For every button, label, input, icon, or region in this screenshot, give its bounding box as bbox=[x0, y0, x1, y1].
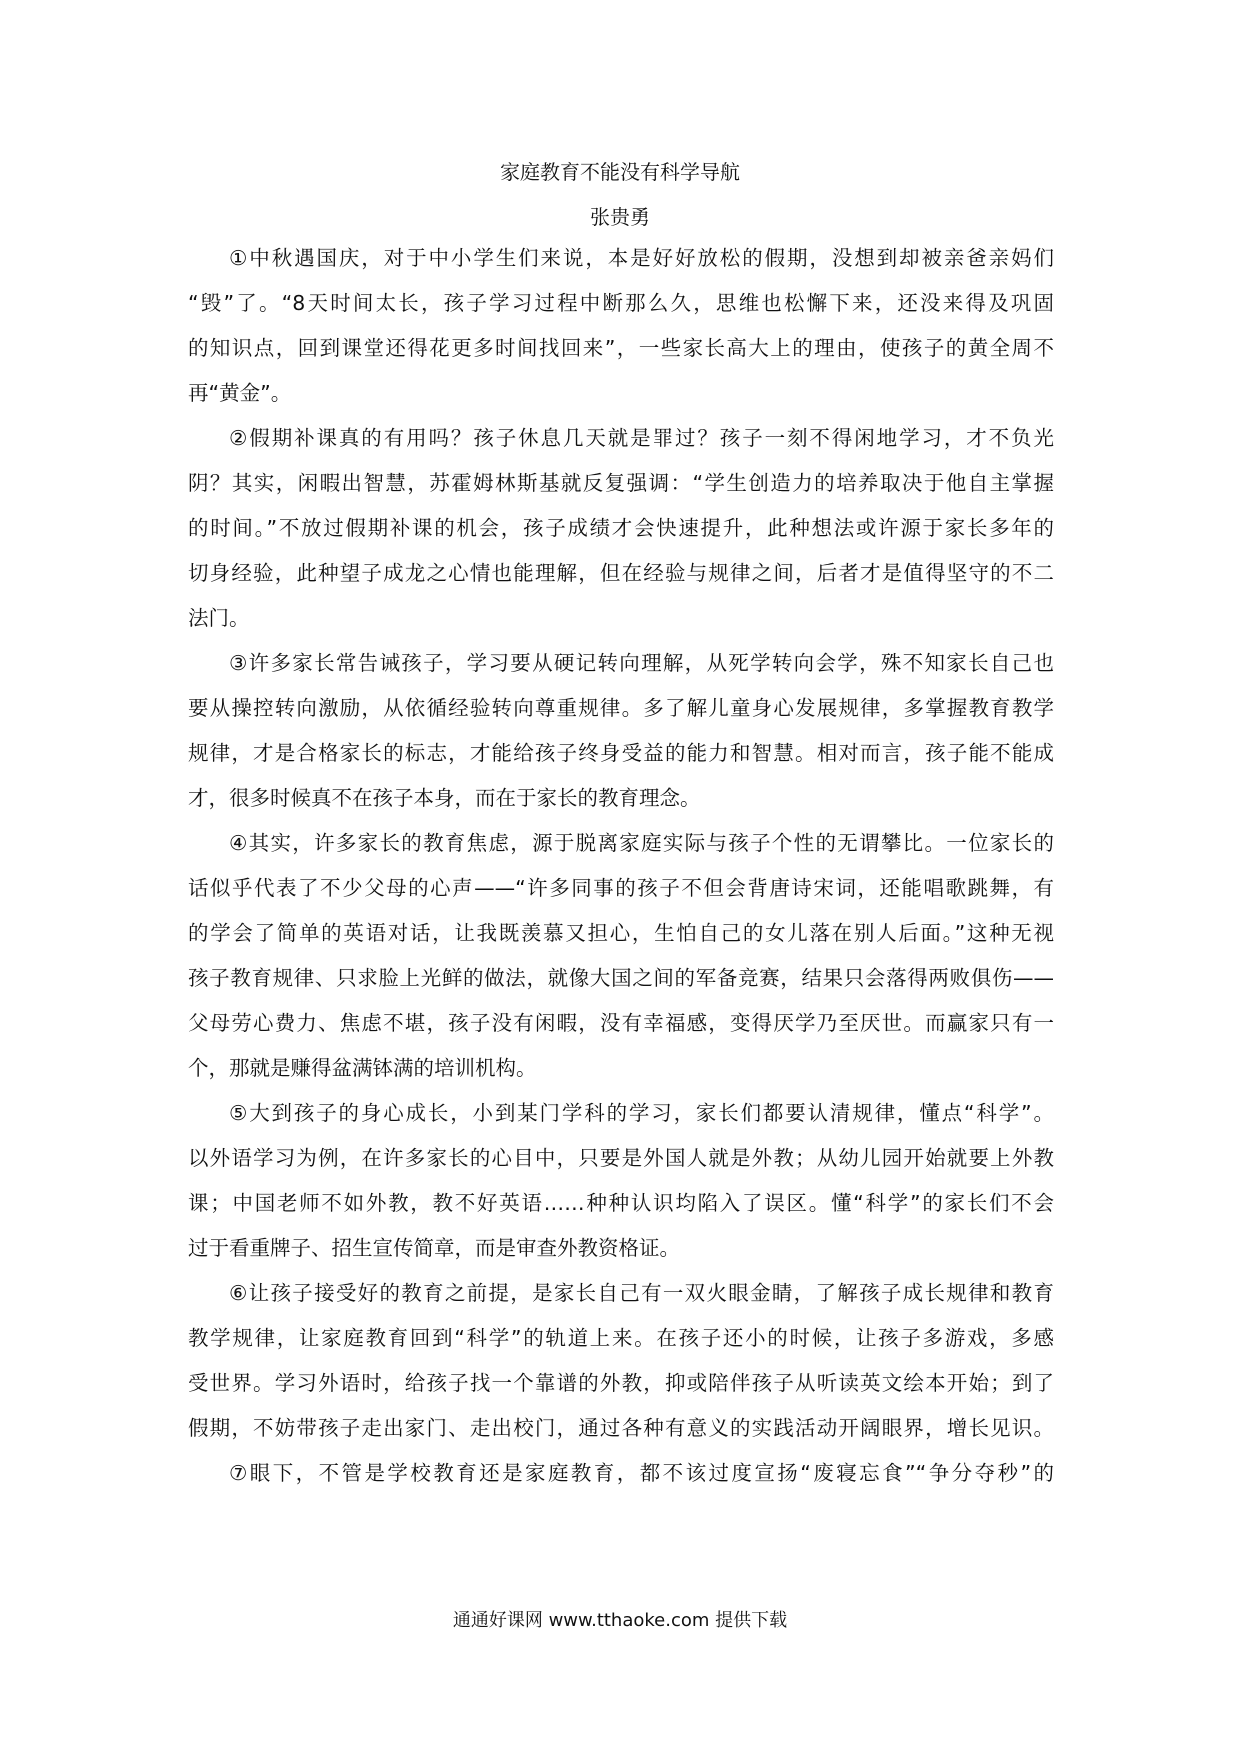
text-line: ⑦眼下，不管是学校教育还是家庭教育，都不该过度宣扬“废寝忘食”“争分夺秒”的 bbox=[188, 1451, 1054, 1496]
text-line: 孩子教育规律、只求脸上光鲜的做法，就像大国之间的军备竞赛，结果只会落得两败俱伤—… bbox=[188, 956, 1054, 1001]
text-line: 切身经验，此种望子成龙之心情也能理解，但在经验与规律之间，后者才是值得坚守的不二 bbox=[188, 551, 1054, 596]
text-line: ①中秋遇国庆，对于中小学生们来说，本是好好放松的假期，没想到却被亲爸亲妈们 bbox=[188, 236, 1054, 281]
text-line: 要从操控转向激励，从依循经验转向尊重规律。多了解儿童身心发展规律，多掌握教育教学 bbox=[188, 686, 1054, 731]
text-line: 假期，不妨带孩子走出家门、走出校门，通过各种有意义的实践活动开阔眼界，增长见识。 bbox=[188, 1406, 1054, 1451]
text-line: ⑥让孩子接受好的教育之前提，是家长自己有一双火眼金睛，了解孩子成长规律和教育 bbox=[188, 1271, 1054, 1316]
article-author: 张贵勇 bbox=[0, 203, 1240, 231]
text-line: 话似乎代表了不少父母的心声——“许多同事的孩子不但会背唐诗宋词，还能唱歌跳舞，有 bbox=[188, 866, 1054, 911]
text-line: 过于看重牌子、招生宣传简章，而是审查外教资格证。 bbox=[188, 1226, 1054, 1271]
text-line: 规律，才是合格家长的标志，才能给孩子终身受益的能力和智慧。相对而言，孩子能不能成 bbox=[188, 731, 1054, 776]
text-line: ③许多家长常告诫孩子，学习要从硬记转向理解，从死学转向会学，殊不知家长自己也 bbox=[188, 641, 1054, 686]
article-body: ①中秋遇国庆，对于中小学生们来说，本是好好放松的假期，没想到却被亲爸亲妈们“毁”… bbox=[188, 236, 1054, 1496]
text-line: 的知识点，回到课堂还得花更多时间找回来”，一些家长高大上的理由，使孩子的黄全周不 bbox=[188, 326, 1054, 371]
text-line: 父母劳心费力、焦虑不堪，孩子没有闲暇，没有幸福感，变得厌学乃至厌世。而赢家只有一 bbox=[188, 1001, 1054, 1046]
text-line: 以外语学习为例，在许多家长的心目中，只要是外国人就是外教；从幼儿园开始就要上外教 bbox=[188, 1136, 1054, 1181]
page-footer: 通通好课网 www.tthaoke.com 提供下载 bbox=[0, 1608, 1240, 1634]
text-line: 才，很多时候真不在孩子本身，而在于家长的教育理念。 bbox=[188, 776, 1054, 821]
text-line: 阴？其实，闲暇出智慧，苏霍姆林斯基就反复强调：“学生创造力的培养取决于他自主掌握 bbox=[188, 461, 1054, 506]
text-line: 的时间。”不放过假期补课的机会，孩子成绩才会快速提升，此种想法或许源于家长多年的 bbox=[188, 506, 1054, 551]
text-line: 个，那就是赚得盆满钵满的培训机构。 bbox=[188, 1046, 1054, 1091]
text-line: 教学规律，让家庭教育回到“科学”的轨道上来。在孩子还小的时候，让孩子多游戏，多感 bbox=[188, 1316, 1054, 1361]
text-line: ④其实，许多家长的教育焦虑，源于脱离家庭实际与孩子个性的无谓攀比。一位家长的 bbox=[188, 821, 1054, 866]
article-title: 家庭教育不能没有科学导航 bbox=[0, 158, 1240, 186]
text-line: “毁”了。“8天时间太长，孩子学习过程中断那么久，思维也松懈下来，还没来得及巩固 bbox=[188, 281, 1054, 326]
document-page: 家庭教育不能没有科学导航 张贵勇 ①中秋遇国庆，对于中小学生们来说，本是好好放松… bbox=[0, 0, 1240, 1754]
text-line: ⑤大到孩子的身心成长，小到某门学科的学习，家长们都要认清规律，懂点“科学”。 bbox=[188, 1091, 1054, 1136]
text-line: 课；中国老师不如外教，教不好英语……种种认识均陷入了误区。懂“科学”的家长们不会 bbox=[188, 1181, 1054, 1226]
text-line: ②假期补课真的有用吗？孩子休息几天就是罪过？孩子一刻不得闲地学习，才不负光 bbox=[188, 416, 1054, 461]
text-line: 再“黄金”。 bbox=[188, 371, 1054, 416]
text-line: 受世界。学习外语时，给孩子找一个靠谱的外教，抑或陪伴孩子从听读英文绘本开始；到了 bbox=[188, 1361, 1054, 1406]
text-line: 法门。 bbox=[188, 596, 1054, 641]
text-line: 的学会了简单的英语对话，让我既羡慕又担心，生怕自己的女儿落在别人后面。”这种无视 bbox=[188, 911, 1054, 956]
